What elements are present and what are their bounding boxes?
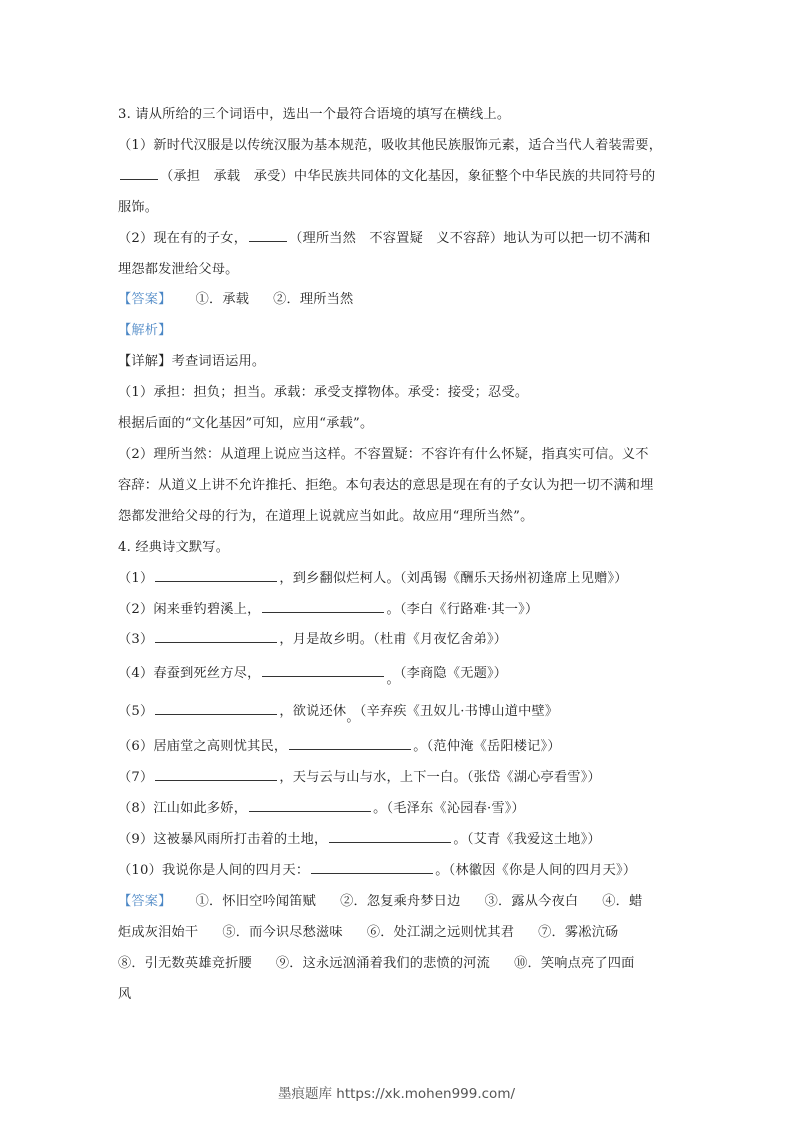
q3-exp1-line2: 根据后面的“文化基因”可知，应用“承载”。 [118, 409, 678, 440]
fill-blank [262, 600, 384, 613]
q4-item-9: （9）这被暴风雨所打击着的土地，。（艾青《我爱这土地》） [118, 825, 678, 856]
fill-blank [155, 768, 277, 781]
answer-tag: 【答案】 [118, 894, 172, 909]
q4-answer-line-1: 【答案】①．怀旧空吟闻笛赋②．忽复乘舟梦日边③．露从今夜白④．蜡 [118, 887, 678, 918]
q3-title: 3. 请从所给的三个词语中，选出一个最符合语境的填写在横线上。 [118, 100, 678, 131]
fill-blank [289, 737, 411, 750]
q4-item-2: （2）闲来垂钓碧溪上，。（李白《行路难·其一》） [118, 595, 678, 626]
q3-p1-line2: （承担 承载 承受）中华民族共同体的文化基因，象征整个中华民族的共同符号的 [118, 162, 678, 193]
q3-p2-line2: 埋怨都发泄给父母。 [118, 255, 678, 286]
q4-item-3: （3），月是故乡明。（杜甫《月夜忆舍弟》） [118, 625, 678, 656]
q3-exp2-line3: 怨都发泄给父母的行为，在道理上说就应当如此。故应用“理所当然”。 [118, 502, 678, 533]
q4-item-8: （8）江山如此多娇，。（毛泽东《沁园春·雪》） [118, 794, 678, 825]
q4-answer-line-3: ⑧．引无数英雄竞折腰⑨．这永远汹涌着我们的悲愤的河流⑩．笑响点亮了四面 [118, 949, 678, 980]
q4-item-6: （6）居庙堂之高则忧其民，。（范仲淹《岳阳楼记》） [118, 732, 678, 763]
q4-item-7: （7），天与云与山与水，上下一白。（张岱《湖心亭看雪》） [118, 763, 678, 794]
detail-tag: 【详解】 [118, 354, 172, 369]
q3-exp2-line1: （2）理所当然：从道理上说应当这样。不容置疑：不容许有什么怀疑，指真实可信。义不 [118, 440, 678, 471]
q3-detail: 【详解】考查词语运用。 [118, 347, 678, 378]
q3-p1-line1: （1）新时代汉服是以传统汉服为基本规范，吸收其他民族服饰元素，适合当代人着装需要… [118, 131, 678, 162]
q4-item-5: （5），欲说还休。（辛弃疾《丑奴儿·书博山道中壁》 [118, 692, 678, 732]
fill-blank [249, 799, 371, 812]
q3-p2-line1: （2）现在有的子女，（理所当然 不容置疑 义不容辞）地认为可以把一切不满和 [118, 224, 678, 255]
footer-watermark: 墨痕题库 https://xk.mohen999.com/ [0, 1082, 793, 1102]
q3-p1-line3: 服饰。 [118, 193, 678, 224]
fill-blank [155, 702, 277, 715]
q4-answer-line-2: 炬成灰泪始干⑤．而今识尽愁滋味⑥．处江湖之远则忧其君⑦．雾凇沆砀 [118, 918, 678, 949]
fill-blank [120, 167, 158, 180]
fill-blank [155, 569, 277, 582]
fill-blank [249, 229, 287, 242]
fill-blank [262, 664, 384, 677]
fill-blank [329, 830, 451, 843]
q3-exp1-line1: （1）承担：担负；担当。承载：承受支撑物体。承受：接受；忍受。 [118, 378, 678, 409]
answer-tag: 【答案】 [118, 292, 172, 307]
document-page: 3. 请从所给的三个词语中，选出一个最符合语境的填写在横线上。 （1）新时代汉服… [118, 100, 678, 1010]
analysis-tag: 【解析】 [118, 316, 678, 347]
q3-exp2-line2: 容辞：从道义上讲不允许推托、拒绝。本句表达的意思是现在有的子女认为把一切不满和埋 [118, 471, 678, 502]
q4-item-4: （4）春蚕到死丝方尽，。（李商隐《无题》） [118, 656, 678, 692]
q4-answer-line-4: 风 [118, 980, 678, 1011]
q4-title: 4. 经典诗文默写。 [118, 533, 678, 564]
fill-blank [311, 861, 433, 874]
fill-blank [155, 630, 277, 643]
q4-item-1: （1），到乡翻似烂柯人。（刘禹锡《酬乐天扬州初逢席上见赠》） [118, 564, 678, 595]
q3-answer-line: 【答案】①．承载②．理所当然 [118, 285, 678, 316]
q4-item-10: （10）我说你是人间的四月天：。（林徽因《你是人间的四月天》） [118, 856, 678, 887]
